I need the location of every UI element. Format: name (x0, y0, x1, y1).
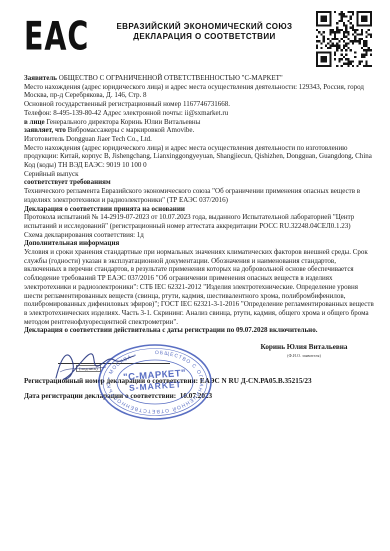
in-person-text: Генерального директора Коринь Юлии Витал… (46, 118, 200, 126)
title-line-1: ЕВРАЗИЙСКИЙ ЭКОНОМИЧЕСКИЙ СОЮЗ (95, 22, 314, 32)
additional-text: Условия и сроки хранения стандартные при… (24, 248, 374, 326)
title-line-2: ДЕКЛАРАЦИЯ О СООТВЕТСТВИИ (95, 32, 314, 42)
eac-logo-icon: EAC (24, 18, 89, 57)
qr-code-icon (314, 11, 374, 67)
manufacturer-line: Изготовитель Dongguan Jiaer Tech Co., Lt… (24, 135, 374, 144)
basis-label: Декларация о соответствии принята на осн… (24, 205, 374, 214)
applicant-line: Заявитель ОБЩЕСТВО С ОГРАНИЧЕННОЙ ОТВЕТС… (24, 74, 374, 83)
declares-text: Вибромассажеры с маркировкой Amovibe. (68, 126, 195, 134)
phone-email-line: Телефон: 8-495-139-80-42 Адрес электронн… (24, 109, 374, 118)
basis-text: Протокола испытаний № 14-2919-07-2023 от… (24, 213, 374, 230)
applicant-address: Место нахождения (адрес юридического лиц… (24, 83, 374, 100)
document-title: ЕВРАЗИЙСКИЙ ЭКОНОМИЧЕСКИЙ СОЮЗ ДЕКЛАРАЦИ… (95, 22, 314, 42)
document-body: Заявитель ОБЩЕСТВО С ОГРАНИЧЕННОЙ ОТВЕТС… (24, 74, 374, 335)
manufacturer-address: Место нахождения (адрес юридического лиц… (24, 144, 374, 161)
conforms-text: Технического регламента Евразийского эко… (24, 187, 374, 204)
additional-label: Дополнительная информация (24, 239, 374, 248)
validity-line: Декларация о соответствии действительна … (24, 326, 374, 335)
scheme-line: Схема декларирования соответствия: 1д (24, 231, 374, 240)
applicant-name: ОБЩЕСТВО С ОГРАНИЧЕННОЙ ОТВЕТСТВЕННОСТЬЮ… (59, 74, 283, 82)
tnved-line: Код (коды) ТН ВЭД ЕАЭС: 9019 10 100 0 (24, 161, 374, 170)
reg-date-line: Дата регистрации декларации о соответств… (24, 392, 374, 401)
signer-name: Коринь Юлия Витальевна (224, 343, 384, 351)
signer-caption: (Ф.И.О. заявителя) (224, 353, 384, 358)
declaration-document: EAC ЕВРАЗИЙСКИЙ ЭКОНОМИЧЕСКИЙ СОЮЗ ДЕКЛА… (0, 0, 390, 551)
declares-label: заявляет, что (24, 126, 66, 134)
handwritten-signature (50, 346, 142, 386)
reg-number-value: ЕАЭС N RU Д-CN.РА05.В.35215/23 (200, 377, 312, 385)
declares-line: заявляет, что Вибромассажеры с маркировк… (24, 126, 374, 135)
in-person-label: в лице (24, 118, 45, 126)
document-header: EAC ЕВРАЗИЙСКИЙ ЭКОНОМИЧЕСКИЙ СОЮЗ ДЕКЛА… (0, 0, 390, 66)
conforms-label: соответствует требованиям (24, 178, 374, 187)
in-person-line: в лице Генерального директора Коринь Юли… (24, 118, 374, 127)
ogrn-line: Основной государственный регистрационный… (24, 100, 374, 109)
serial-line: Серийный выпуск (24, 170, 374, 179)
reg-date-value: 10.07.2023 (180, 392, 212, 400)
applicant-label: Заявитель (24, 74, 57, 82)
